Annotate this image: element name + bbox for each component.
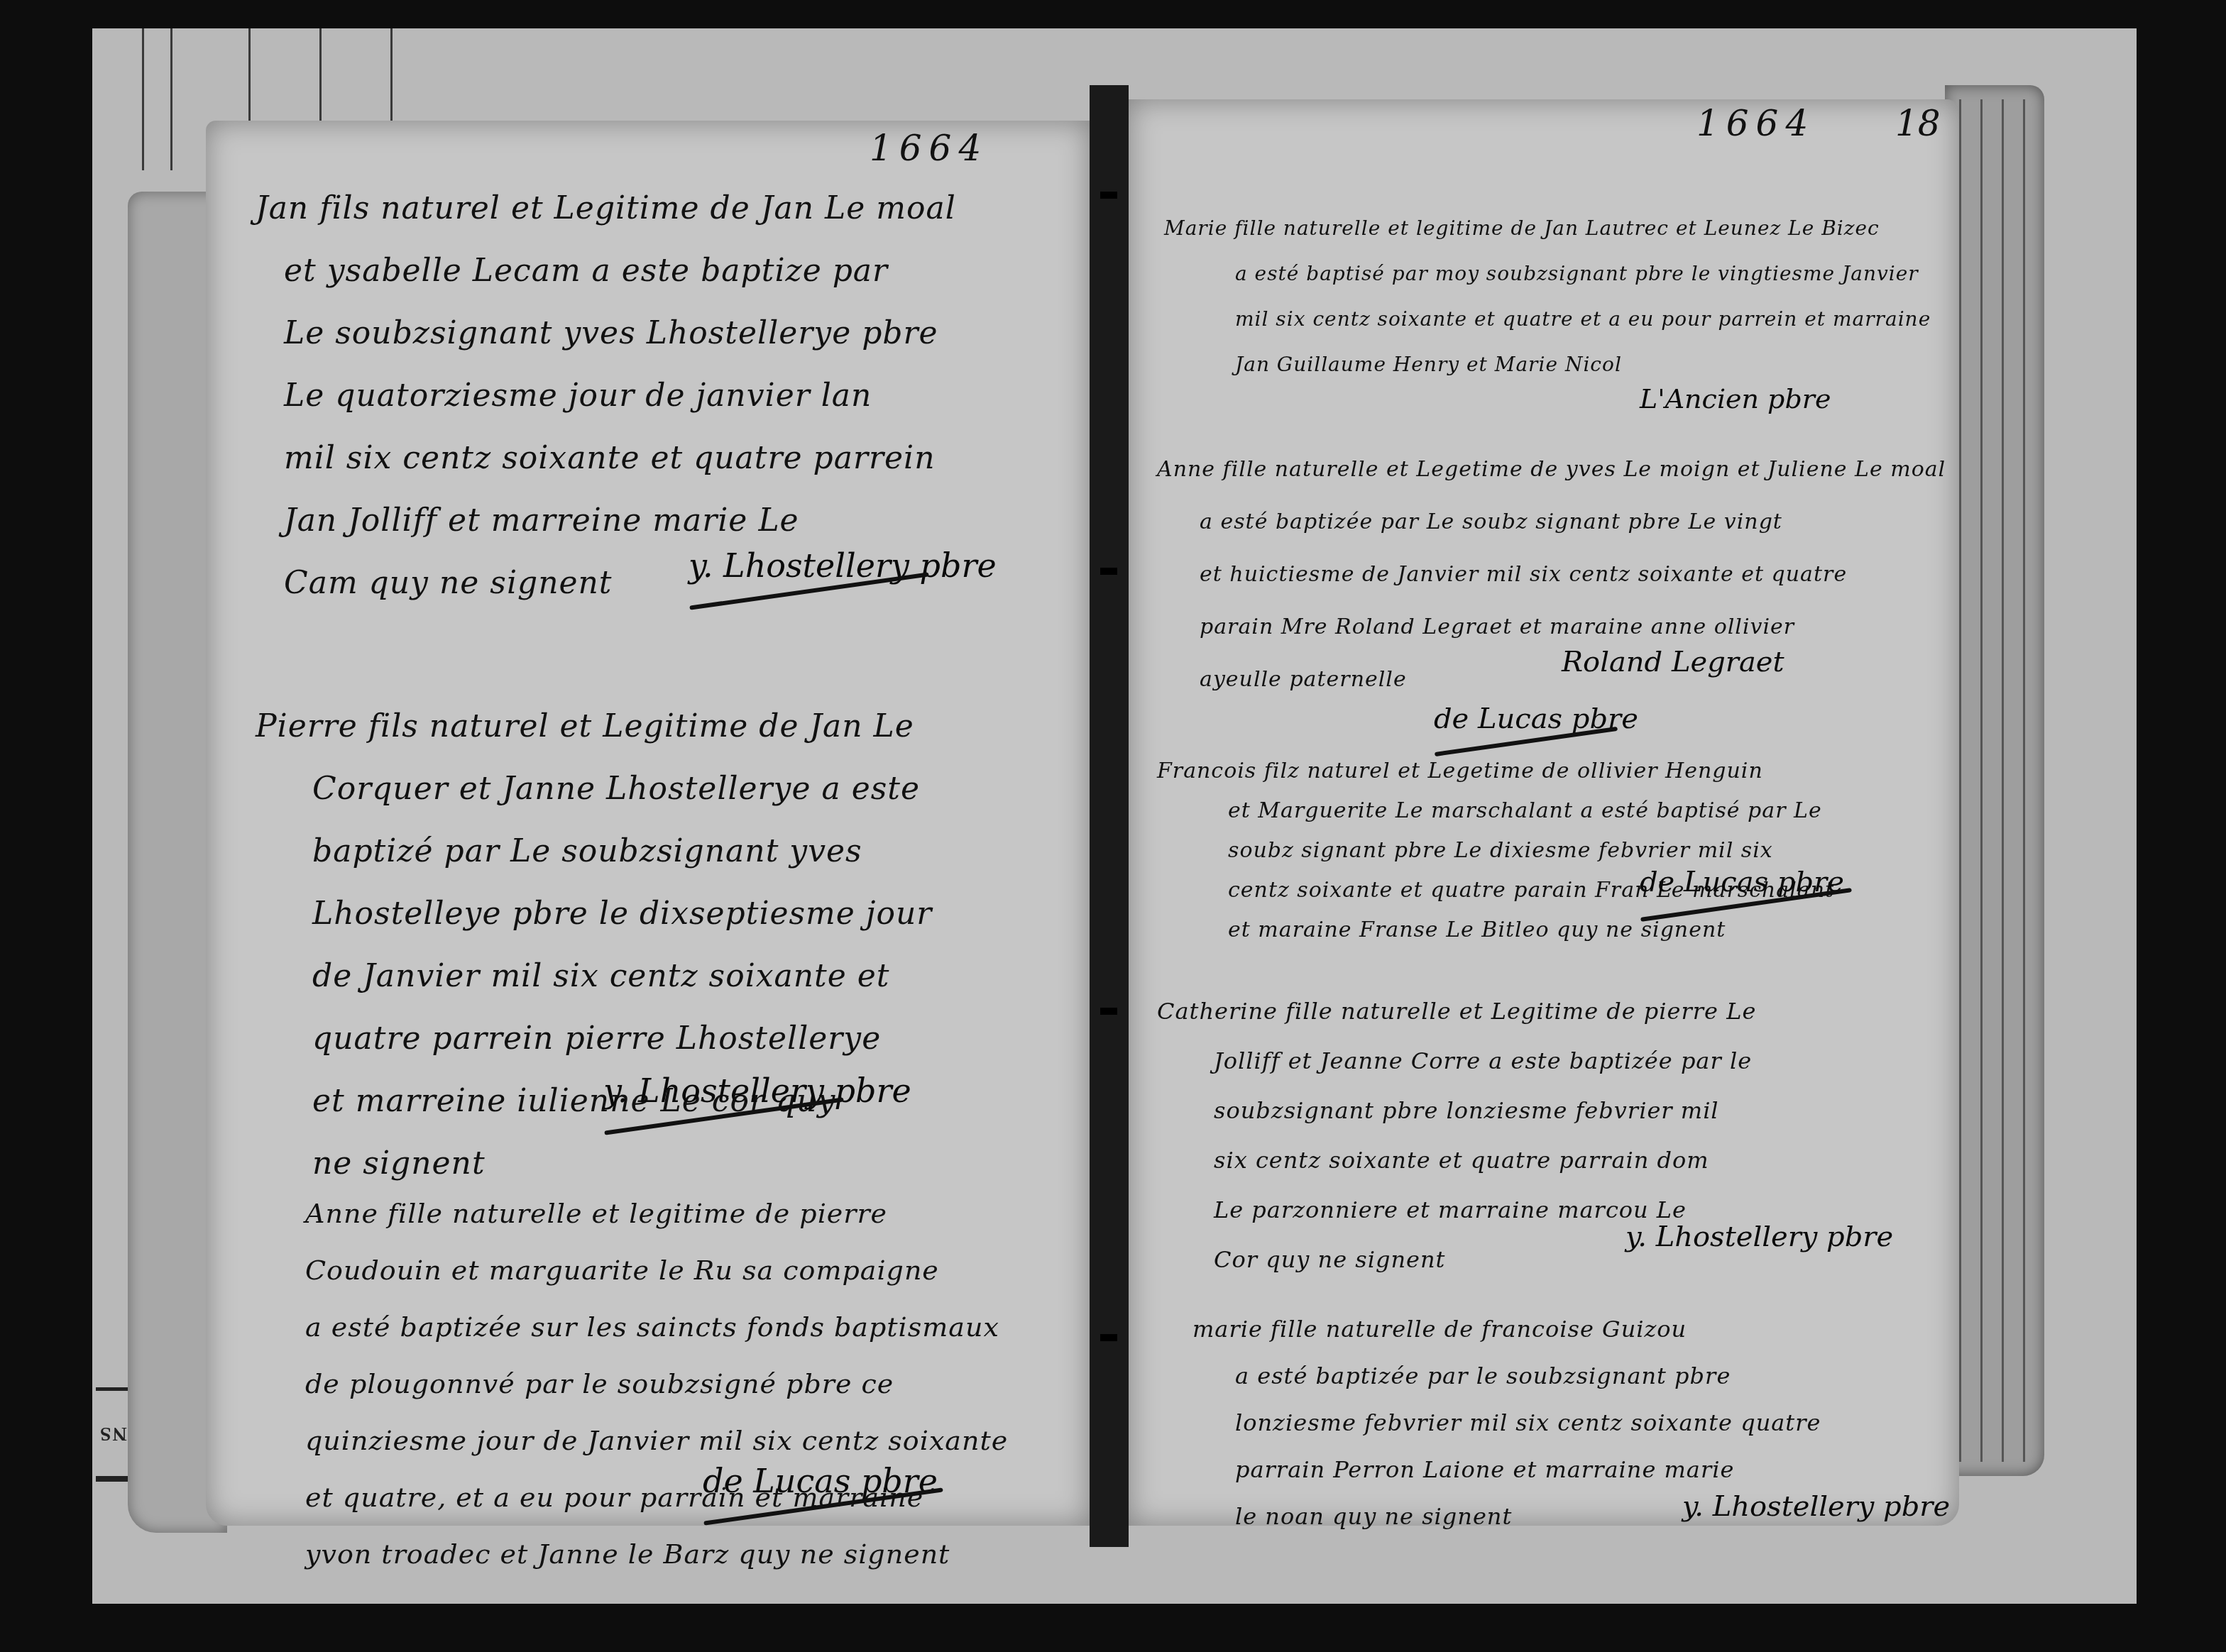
entry-line: yvon troadec et Janne le Barz quy ne sig… bbox=[305, 1526, 1008, 1582]
entry-line: a esté baptizée par le soubzsignant pbre bbox=[1192, 1353, 1821, 1399]
entry-line: marie fille naturelle de francoise Guizo… bbox=[1192, 1306, 1821, 1353]
right-page: 1664 18 Marie fille naturelle et legitim… bbox=[1129, 99, 1959, 1526]
entry-line: Le soubzsignant yves Lhostellerye pbre bbox=[256, 302, 956, 365]
entry-line: Marie fille naturelle et legitime de Jan… bbox=[1164, 206, 1931, 251]
priest-signature: y. Lhostellery pbre bbox=[603, 1072, 911, 1118]
entry-line: a esté baptisé par moy soubzsignant pbre… bbox=[1164, 251, 1931, 297]
ruled-line bbox=[170, 28, 172, 170]
entry-line: soubzsignant pbre lonziesme febvrier mil bbox=[1157, 1086, 1756, 1135]
right-page-stack bbox=[1945, 85, 2044, 1476]
entry-line: de Janvier mil six centz soixante et bbox=[256, 945, 932, 1008]
priest-signature: de Lucas pbre bbox=[1434, 703, 1638, 744]
entry-line: a esté baptizée par Le soubz signant pbr… bbox=[1157, 496, 1946, 549]
godfather-signature: Roland Legraet bbox=[1562, 646, 1784, 678]
entry-line: et huictiesme de Janvier mil six centz s… bbox=[1157, 549, 1946, 601]
folio-number: 18 bbox=[1895, 103, 1941, 144]
entry-line: Le quatorziesme jour de janvier lan bbox=[256, 365, 956, 427]
binding-stitch bbox=[1100, 1334, 1117, 1341]
entry-line: quinziesme jour de Janvier mil six centz… bbox=[305, 1412, 1008, 1469]
entry-line: Pierre fils naturel et Legitime de Jan L… bbox=[256, 695, 932, 758]
entry-line: Anne fille naturelle et legitime de pier… bbox=[305, 1185, 1008, 1242]
baptism-entry-francois: Francois filz naturel et Legetime de oll… bbox=[1157, 745, 1834, 957]
entry-line: parain Mre Roland Legraet et maraine ann… bbox=[1157, 601, 1946, 654]
entry-line: de plougonnvé par le soubzsigné pbre ce bbox=[305, 1355, 1008, 1412]
entry-line: ayeulle paternelle bbox=[1157, 654, 1946, 706]
entry-line: lonziesme febvrier mil six centz soixant… bbox=[1192, 1399, 1821, 1446]
entry-line: mil six centz soixante et quatre parrein bbox=[256, 427, 956, 490]
entry-line: Jan Jolliff et marreine marie Le bbox=[256, 490, 956, 552]
priest-signature: y. Lhostellery pbre bbox=[1625, 1221, 1893, 1253]
priest-signature: y. Lhostellery pbre bbox=[689, 546, 997, 593]
binding-stitch bbox=[1100, 568, 1117, 575]
year-header: 1664 bbox=[870, 128, 988, 169]
entry-line: parrain Perron Laione et marraine marie bbox=[1192, 1446, 1821, 1493]
left-page: 1664 Jan fils naturel et Legitime de Jan… bbox=[206, 121, 1090, 1526]
priest-signature: de Lucas pbre bbox=[703, 1462, 944, 1509]
baptism-entry-marie: Marie fille naturelle et legitime de Jan… bbox=[1164, 206, 1931, 387]
ruled-line bbox=[142, 28, 144, 170]
priest-signature: y. Lhostellery pbre bbox=[1682, 1490, 1950, 1523]
baptism-entry-anne: Anne fille naturelle et legitime de pier… bbox=[305, 1185, 1008, 1582]
entry-line: Anne fille naturelle et Legetime de yves… bbox=[1157, 444, 1946, 496]
entry-line: Coudouin et marguarite le Ru sa compaign… bbox=[305, 1242, 1008, 1299]
binding-stitch bbox=[1100, 1008, 1117, 1015]
entry-line: Corquer et Janne Lhostellerye a este bbox=[256, 758, 932, 820]
entry-line: a esté baptizée sur les saincts fonds ba… bbox=[305, 1299, 1008, 1355]
entry-line: Catherine fille naturelle et Legitime de… bbox=[1157, 986, 1756, 1036]
entry-line: six centz soixante et quatre parrain dom bbox=[1157, 1135, 1756, 1185]
binding-stitch bbox=[1100, 192, 1117, 199]
entry-line: et ysabelle Lecam a este baptize par bbox=[256, 240, 956, 302]
entry-line: Jan fils naturel et Legitime de Jan Le m… bbox=[256, 177, 956, 240]
priest-signature: L'Ancien pbre bbox=[1640, 383, 1831, 414]
book-gutter bbox=[1090, 85, 1129, 1547]
year-header: 1664 bbox=[1696, 103, 1815, 144]
entry-line: baptizé par Le soubzsignant yves bbox=[256, 820, 932, 883]
baptism-entry-pierre: Pierre fils naturel et Legitime de Jan L… bbox=[256, 695, 932, 1195]
entry-line: Lhostelleye pbre le dixseptiesme jour bbox=[256, 883, 932, 945]
entry-line: Jan Guillaume Henry et Marie Nicol bbox=[1164, 342, 1931, 387]
entry-line: mil six centz soixante et quatre et a eu… bbox=[1164, 297, 1931, 342]
entry-line: quatre parrein pierre Lhostellerye bbox=[256, 1008, 932, 1070]
entry-line: Jolliff et Jeanne Corre a este baptizée … bbox=[1157, 1036, 1756, 1086]
baptism-entry-anne-2: Anne fille naturelle et Legetime de yves… bbox=[1157, 444, 1946, 706]
priest-signature: de Lucas pbre bbox=[1640, 866, 1853, 907]
